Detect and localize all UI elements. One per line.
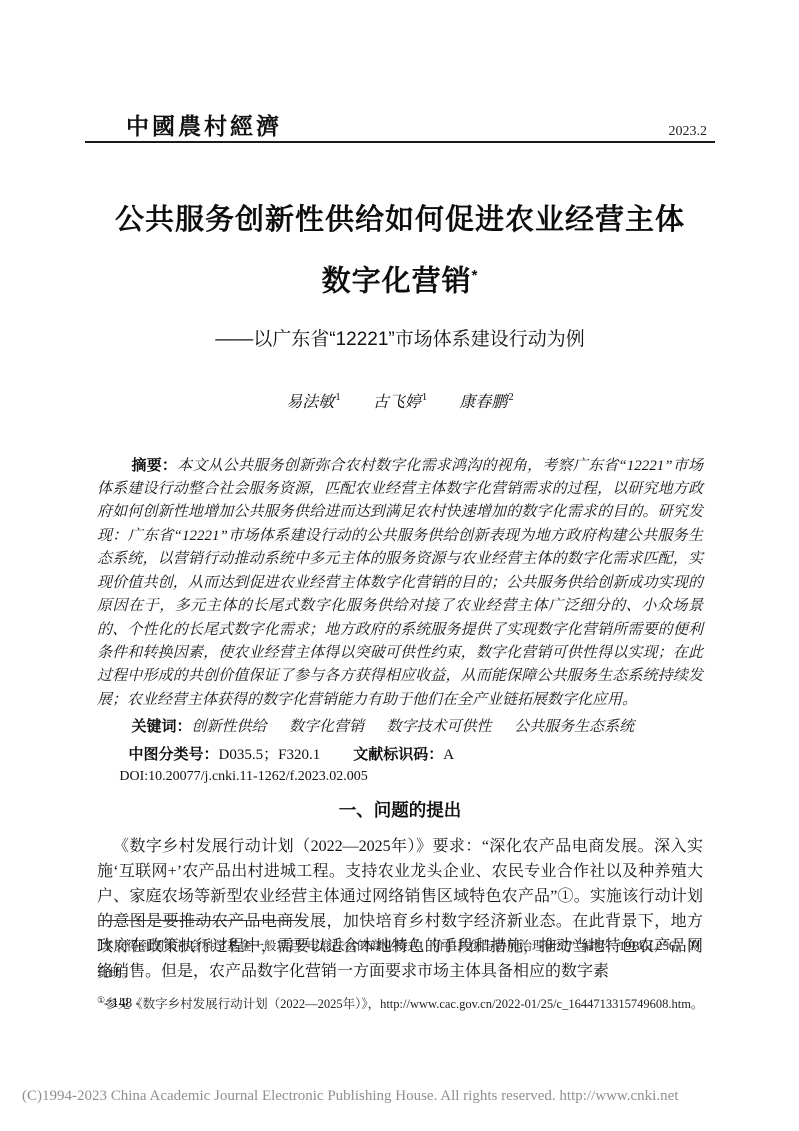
- footnote-text: 本文得到国家社会科学基金一般项目“电商扶贫的商业模式、价值共创与协同治理研究”（…: [97, 939, 700, 980]
- title-footnote-asterisk: *: [472, 267, 479, 284]
- author-affiliation-sup: 2: [508, 391, 514, 403]
- keyword: 数字技术可供性: [387, 719, 492, 735]
- author-line: 易法敏1 古飞婷1 康春鹏2: [97, 389, 703, 412]
- doi: DOI:10.20077/j.cnki.11-1262/f.2023.02.00…: [97, 769, 703, 785]
- author-affiliation-sup: 1: [422, 391, 428, 403]
- keywords-label: 关键词：: [132, 718, 192, 735]
- keyword: 数字化营销: [289, 719, 364, 735]
- classification-line: 中图分类号：D035.5；F320.1文献标识码：A: [97, 743, 703, 764]
- article-content: 公共服务创新性供给如何促进农业经营主体 数字化营销* ——以广东省“12221”…: [97, 0, 703, 984]
- author-affiliation-sup: 1: [335, 391, 341, 403]
- abstract-paragraph: 摘要：本文从公共服务创新弥合农村数字化需求鸿沟的视角，考察广东省“12221”市…: [97, 454, 703, 712]
- clc-label: 中图分类号：: [129, 746, 219, 763]
- footnote-divider: [100, 920, 305, 921]
- cnki-copyright-footer: (C)1994-2023 China Academic Journal Elec…: [22, 1088, 782, 1105]
- abstract-text: 本文从公共服务创新弥合农村数字化需求鸿沟的视角，考察广东省“12221”市场体系…: [97, 458, 703, 708]
- abstract-label: 摘要：: [132, 457, 178, 474]
- paper-page: 中國農村經濟 2023.2 公共服务创新性供给如何促进农业经营主体 数字化营销*…: [0, 0, 799, 1131]
- article-title-line1: 公共服务创新性供给如何促进农业经营主体: [97, 192, 703, 248]
- author: 古飞婷1: [373, 394, 428, 411]
- page-number: - 148 -: [104, 995, 140, 1011]
- keywords-line: 关键词：创新性供给数字化营销数字技术可供性公共服务生态系统: [97, 715, 703, 736]
- keyword: 公共服务生态系统: [514, 719, 634, 735]
- author: 康春鹏2: [459, 394, 514, 411]
- footnote-text: 参见《数字乡村发展行动计划（2022—2025年）》，http://www.ca…: [105, 997, 703, 1011]
- doc-code-value: A: [443, 747, 454, 763]
- title-block: 公共服务创新性供给如何促进农业经营主体 数字化营销*: [97, 192, 703, 310]
- section-heading: 一、问题的提出: [97, 797, 703, 822]
- author: 易法敏1: [286, 394, 341, 411]
- title-text: 数字化营销: [322, 266, 472, 298]
- article-title-line2: 数字化营销*: [97, 248, 703, 310]
- clc-value: D035.5；F320.1: [219, 747, 321, 763]
- footnote-funding: *本文得到国家社会科学基金一般项目“电商扶贫的商业模式、价值共创与协同治理研究”…: [97, 929, 709, 987]
- article-subtitle: ——以广东省“12221”市场体系建设行动为例: [97, 324, 703, 351]
- keyword: 创新性供给: [192, 719, 267, 735]
- doc-code-label: 文献标识码：: [353, 746, 443, 763]
- footnotes-block: *本文得到国家社会科学基金一般项目“电商扶贫的商业模式、价值共创与协同治理研究”…: [97, 929, 709, 1018]
- footnote-reference: ①参见《数字乡村发展行动计划（2022—2025年）》，http://www.c…: [97, 987, 709, 1018]
